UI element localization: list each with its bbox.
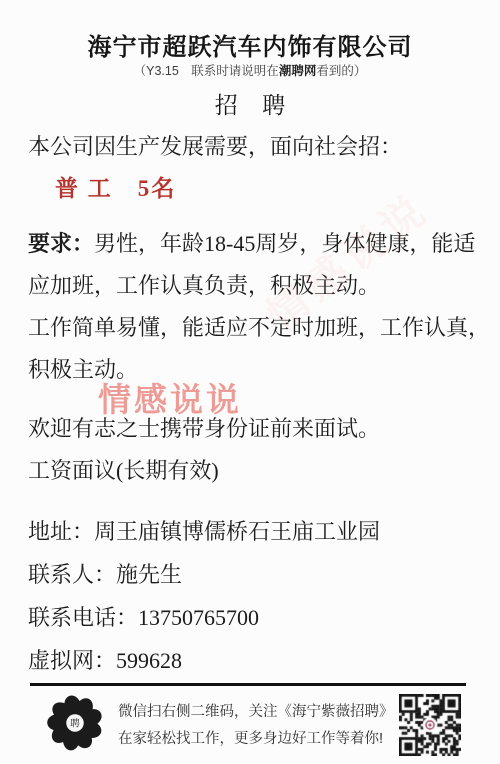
position-line: 普 工 5名 [55,175,176,202]
contact-phone-line: 联系电话：13750765700 [28,604,259,631]
intro-line: 本公司因生产发展需要，面向社会招： [28,133,402,160]
job-posting-page: 海宁市超跃汽车内饰有限公司 （Y3.15 联系时请说明在潮聘网看到的） 招 聘 … [0,0,500,764]
pinwheel-flower-logo-icon: 聘 [42,690,108,756]
salary-line: 工资面议(长期有效) [28,457,219,484]
emotion-talk-watermark: 情感说说 [98,374,242,421]
virtual-net-line: 虚拟网：599628 [28,647,182,674]
contact-person-line: 联系人：施先生 [28,561,182,588]
source-note-prefix: （Y3.15 联系时请说明在 [134,64,279,78]
source-note: （Y3.15 联系时请说明在潮聘网看到的） [0,61,500,79]
source-note-suffix: 看到的） [316,64,366,78]
wechat-qr-code-icon [399,694,461,756]
requirements-label: 要求： [28,231,94,256]
logo-character: 聘 [70,716,80,729]
requirements-line-3: 工作简单易懂，能适应不定时加班，工作认真， [28,314,490,341]
source-site-name: 潮聘网 [279,64,317,78]
footer-divider [30,683,466,686]
footer-caption: 微信扫右侧二维码，关注《海宁紫薇招聘》 在家轻松找工作，更多身边好工作等着你! [118,699,396,753]
address-line: 地址：周王庙镇博儒桥石王庙工业园 [28,518,380,545]
welcome-line: 欢迎有志之士携带身份证前来面试。 [28,415,380,442]
recruit-heading: 招 聘 [0,87,500,120]
footer-caption-line-2: 在家轻松找工作，更多身边好工作等着你! [118,726,396,753]
footer-caption-line-1: 微信扫右侧二维码，关注《海宁紫薇招聘》 [118,699,396,726]
company-title: 海宁市超跃汽车内饰有限公司 [0,27,500,62]
